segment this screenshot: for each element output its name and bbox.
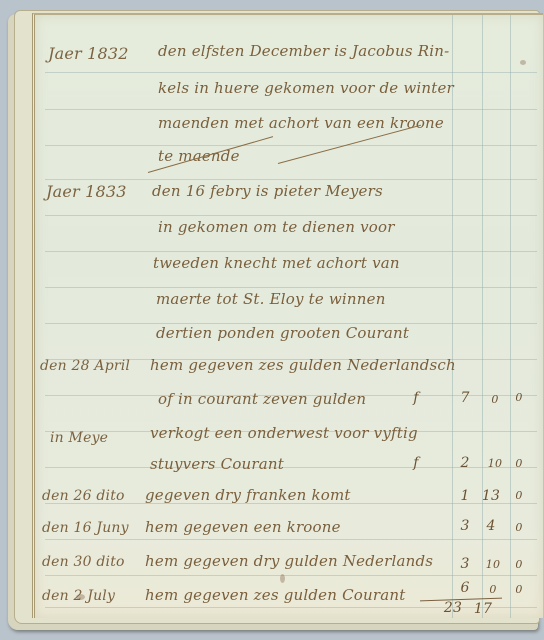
rule-line	[45, 215, 537, 216]
amount-stuivers: 13	[478, 488, 504, 504]
entry-line: tweeden knecht met achort van	[153, 254, 400, 272]
total-stuivers: 17	[470, 601, 496, 617]
amount-guilders: 3	[452, 518, 478, 534]
amount-stuivers: 0	[482, 393, 508, 406]
amount-stuivers: 10	[482, 457, 508, 470]
payment-date: den 30 dito	[42, 554, 125, 570]
rule-line	[45, 145, 537, 146]
rule-line	[45, 575, 537, 576]
currency-mark: f	[403, 455, 429, 471]
rule-line	[45, 251, 537, 252]
ink-blot	[280, 574, 285, 583]
rule-line	[45, 72, 537, 73]
payment-text: verkogt een onderwest voor vyftig	[150, 424, 418, 442]
amount-guilders: 2	[452, 455, 478, 471]
amount-pennies: 0	[506, 391, 532, 404]
entry-year-1832: Jaer 1832	[48, 44, 129, 63]
amount-stuivers: 4	[478, 518, 504, 534]
entry-line: dertien ponden grooten Courant	[156, 324, 409, 342]
amount-pennies: 0	[506, 457, 532, 470]
payment-text: hem gegeven zes gulden Courant	[145, 586, 405, 604]
payment-text: hem gegeven zes gulden Nederlandsch	[150, 356, 456, 374]
ink-blot	[520, 60, 526, 65]
amount-stuivers: 0	[480, 583, 506, 596]
amount-guilders: 3	[452, 556, 478, 572]
amount-pennies: 0	[506, 583, 532, 596]
payment-text: of in courant zeven gulden	[158, 390, 366, 408]
entry-line: in gekomen om te dienen voor	[158, 218, 395, 236]
payment-date: den 28 April	[40, 358, 130, 374]
rule-line	[45, 539, 537, 540]
currency-mark: f	[403, 390, 429, 406]
ink-blot	[76, 594, 85, 600]
amount-pennies: 0	[506, 521, 532, 534]
entry-year-1833: Jaer 1833	[46, 182, 127, 201]
payment-date: den 16 Juny	[42, 520, 129, 536]
entry-line: den elfsten December is Jacobus Rin-	[158, 42, 449, 60]
total-guilders: 23	[440, 600, 466, 616]
amount-pennies: 0	[506, 558, 532, 571]
payment-text: gegeven dry franken komt	[145, 486, 351, 504]
entry-line: maerte tot St. Eloy te winnen	[156, 290, 386, 308]
rule-line	[45, 109, 537, 110]
amount-pennies: 0	[506, 489, 532, 502]
payment-date: den 26 dito	[42, 488, 125, 504]
amount-guilders: 7	[452, 390, 478, 406]
entry-line: kels in huere gekomen voor de winter	[158, 79, 454, 97]
amount-stuivers: 10	[480, 558, 506, 571]
rule-line	[45, 287, 537, 288]
amount-guilders: 1	[452, 488, 478, 504]
payment-date: in Meye	[50, 430, 108, 446]
rule-line	[45, 179, 537, 180]
payment-text: stuyvers Courant	[150, 455, 284, 473]
amount-guilders: 6	[452, 580, 478, 596]
payment-text: hem gegeven een kroone	[145, 518, 341, 536]
payment-text: hem gegeven dry gulden Nederlands	[145, 552, 433, 570]
entry-line: den 16 febry is pieter Meyers	[152, 182, 383, 200]
